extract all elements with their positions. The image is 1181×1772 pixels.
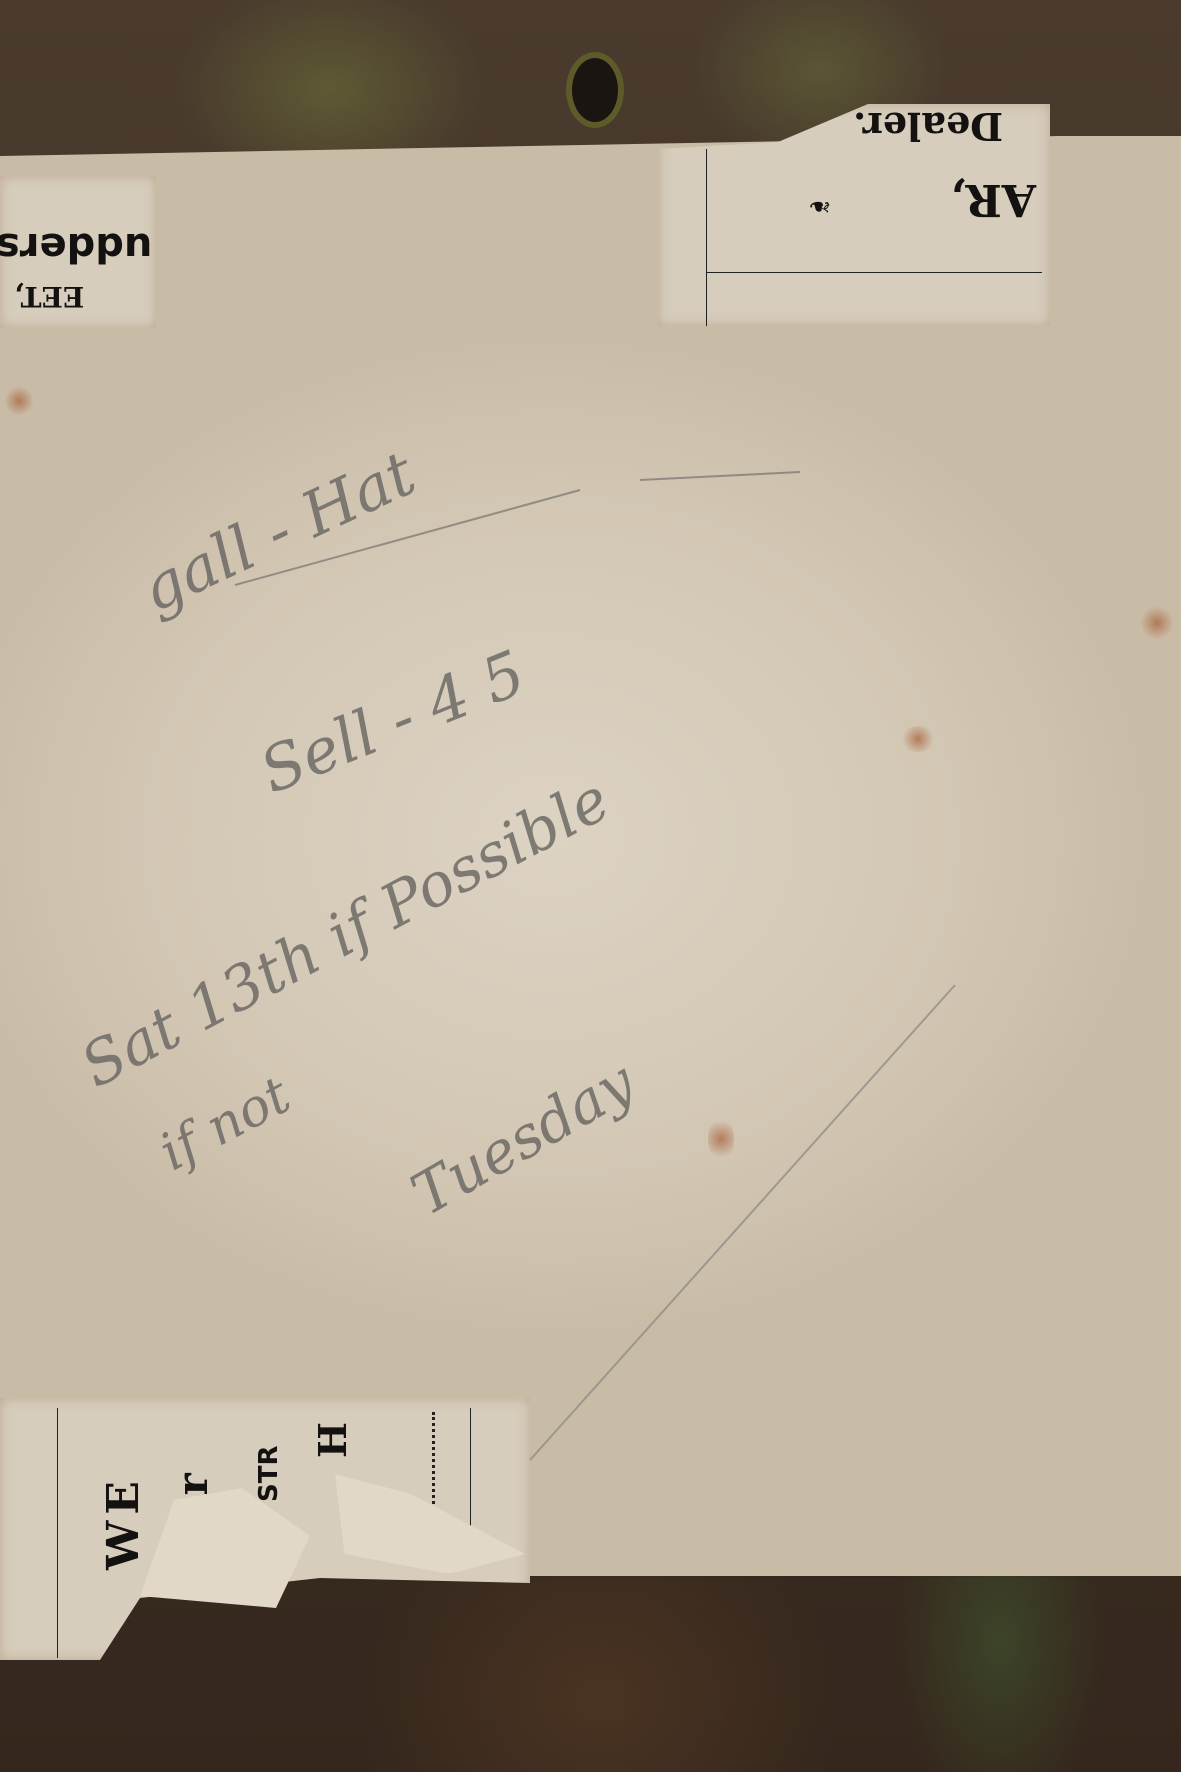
label-text-col4: H	[310, 1422, 355, 1458]
foxing-stain	[1140, 606, 1174, 640]
foxing-stain	[900, 726, 936, 752]
label-text-col1: WE	[98, 1475, 149, 1570]
label-border	[706, 272, 1042, 273]
label-text-col3: STR	[254, 1446, 284, 1502]
label-border	[57, 1408, 58, 1658]
foxing-stain	[4, 386, 34, 416]
floral-background-detail	[572, 58, 618, 122]
label-text-line2: EET,	[14, 280, 84, 313]
mounted-card	[0, 136, 1181, 1576]
fleuron-ornament-icon: ❧	[808, 190, 831, 223]
label-border	[706, 149, 707, 329]
dealer-label-top-left: udders EET,	[0, 176, 156, 328]
label-text-line1: udders	[0, 224, 152, 270]
label-text-dealer: Dealer.	[853, 104, 1003, 149]
foxing-stain	[708, 1116, 734, 1162]
label-text-ar: AR,	[950, 174, 1036, 225]
